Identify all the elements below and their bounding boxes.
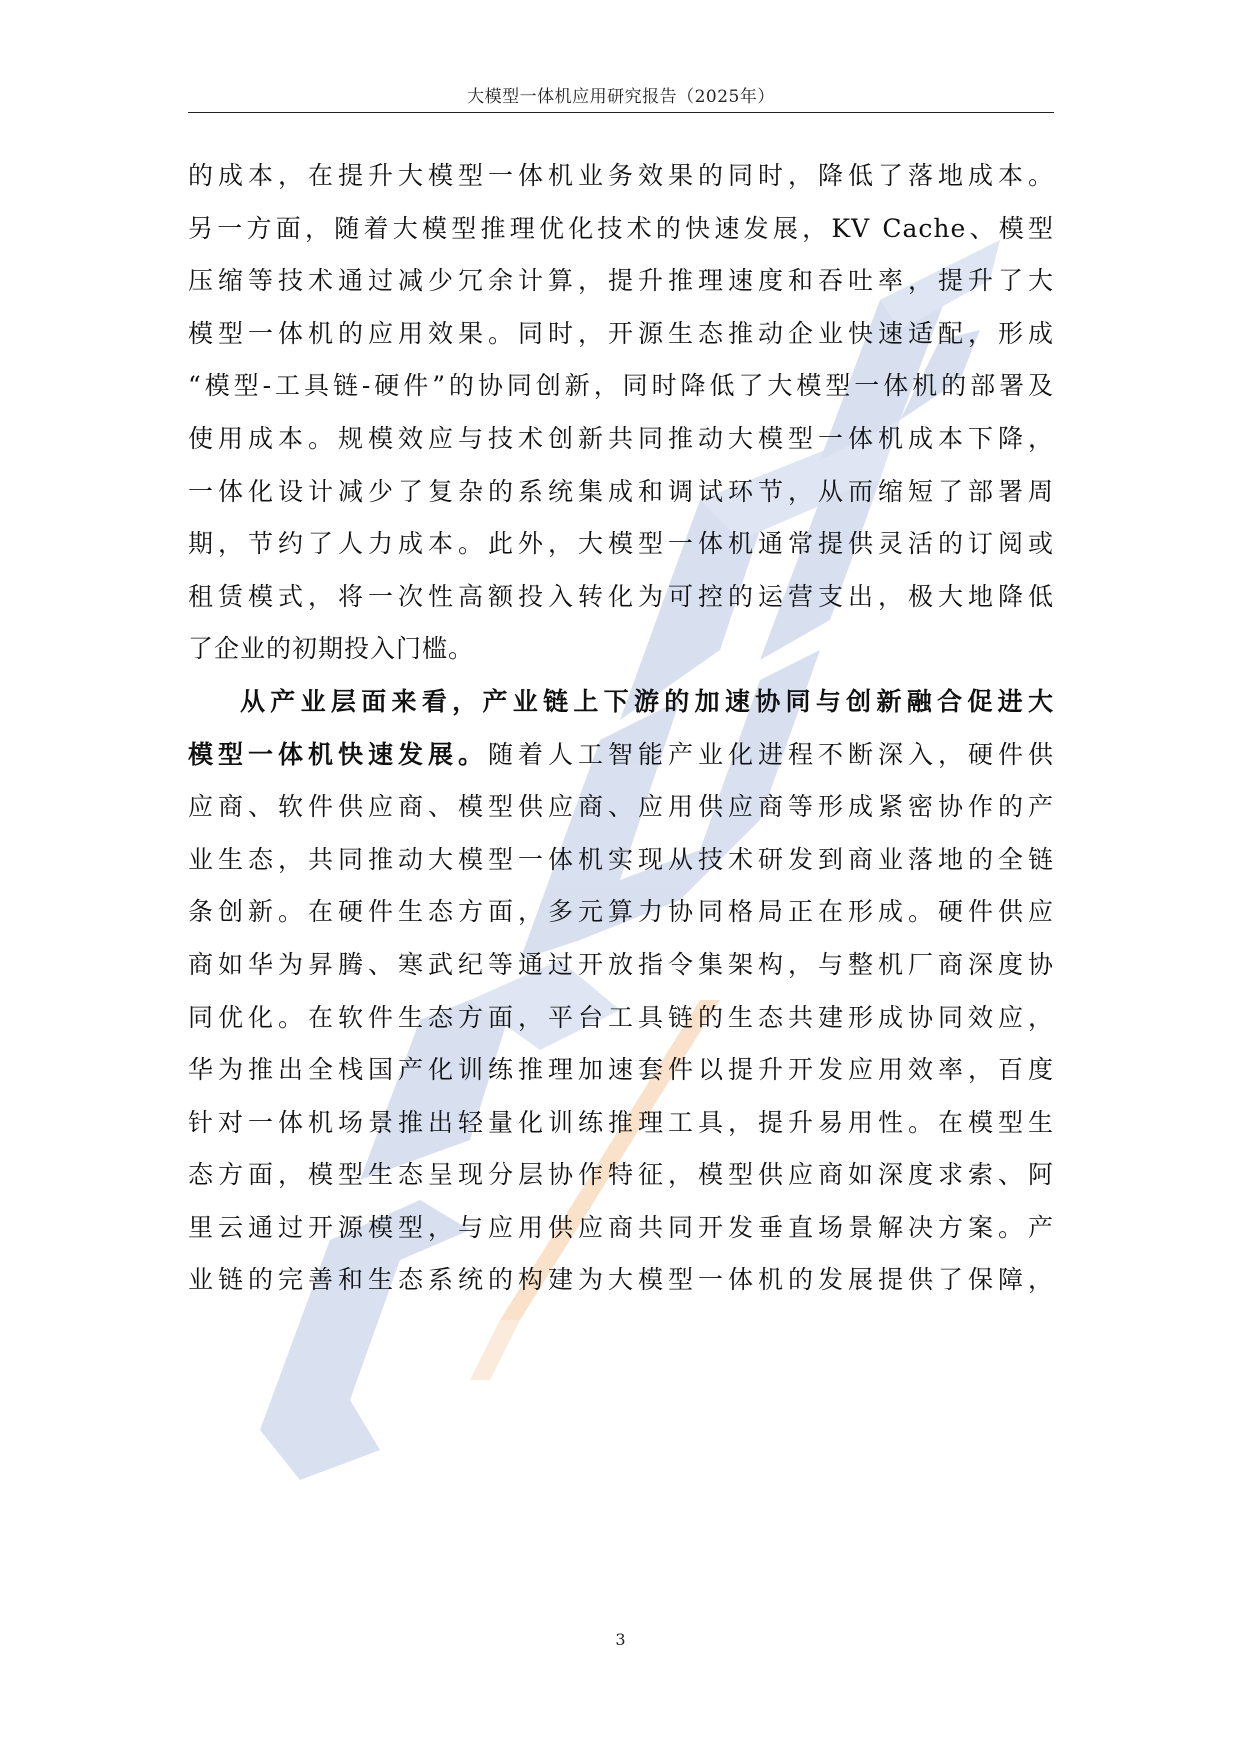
text-line: 另一方面，随着大模型推理优化技术的快速发展，KV Cache、模型 bbox=[188, 203, 1054, 256]
text-line: 期，节约了人力成本。此外，大模型一体机通常提供灵活的订阅或 bbox=[188, 518, 1054, 571]
text-line: 应商、软件供应商、模型供应商、应用供应商等形成紧密协作的产 bbox=[188, 781, 1054, 834]
text-line: 态方面，模型生态呈现分层协作特征，模型供应商如深度求索、阿 bbox=[188, 1149, 1054, 1202]
paragraph-industry-chain: 从产业层面来看，产业链上下游的加速协同与创新融合促进大 模型一体机快速发展。随着… bbox=[188, 676, 1054, 1307]
text-span: 随着人工智能产业化进程不断深入，硬件供 bbox=[488, 740, 1054, 769]
text-line-mixed: 模型一体机快速发展。随着人工智能产业化进程不断深入，硬件供 bbox=[188, 729, 1054, 782]
text-line: 里云通过开源模型，与应用供应商共同开发垂直场景解决方案。产 bbox=[188, 1202, 1054, 1255]
bold-topic-sentence-end: 模型一体机快速发展。 bbox=[188, 740, 488, 769]
text-line: 了企业的初期投入门槛。 bbox=[188, 623, 1054, 676]
text-line: “模型-工具链-硬件”的协同创新，同时降低了大模型一体机的部署及 bbox=[188, 360, 1054, 413]
text-line: 同优化。在软件生态方面，平台工具链的生态共建形成协同效应， bbox=[188, 992, 1054, 1045]
text-line: 租赁模式，将一次性高额投入转化为可控的运营支出，极大地降低 bbox=[188, 571, 1054, 624]
text-line: 使用成本。规模效应与技术创新共同推动大模型一体机成本下降， bbox=[188, 413, 1054, 466]
header-divider bbox=[188, 112, 1054, 113]
text-line: 的成本，在提升大模型一体机业务效果的同时，降低了落地成本。 bbox=[188, 150, 1054, 203]
paragraph-cost-reduction: 的成本，在提升大模型一体机业务效果的同时，降低了落地成本。 另一方面，随着大模型… bbox=[188, 150, 1054, 676]
body-text: 的成本，在提升大模型一体机业务效果的同时，降低了落地成本。 另一方面，随着大模型… bbox=[188, 150, 1054, 1307]
text-line: 华为推出全栈国产化训练推理加速套件以提升开发应用效率，百度 bbox=[188, 1044, 1054, 1097]
page-number: 3 bbox=[0, 1630, 1241, 1649]
text-line: 业链的完善和生态系统的构建为大模型一体机的发展提供了保障， bbox=[188, 1254, 1054, 1307]
text-line: 一体化设计减少了复杂的系统集成和调试环节，从而缩短了部署周 bbox=[188, 466, 1054, 519]
page-header-title: 大模型一体机应用研究报告（2025年） bbox=[188, 84, 1054, 110]
text-line: 商如华为昇腾、寒武纪等通过开放指令集架构，与整机厂商深度协 bbox=[188, 939, 1054, 992]
bold-topic-sentence: 从产业层面来看，产业链上下游的加速协同与创新融合促进大 bbox=[188, 676, 1054, 729]
text-line: 模型一体机的应用效果。同时，开源生态推动企业快速适配，形成 bbox=[188, 308, 1054, 361]
text-line: 业生态，共同推动大模型一体机实现从技术研发到商业落地的全链 bbox=[188, 834, 1054, 887]
text-line: 压缩等技术通过减少冗余计算，提升推理速度和吞吐率，提升了大 bbox=[188, 255, 1054, 308]
text-line: 条创新。在硬件生态方面，多元算力协同格局正在形成。硬件供应 bbox=[188, 886, 1054, 939]
text-line: 针对一体机场景推出轻量化训练推理工具，提升易用性。在模型生 bbox=[188, 1097, 1054, 1150]
